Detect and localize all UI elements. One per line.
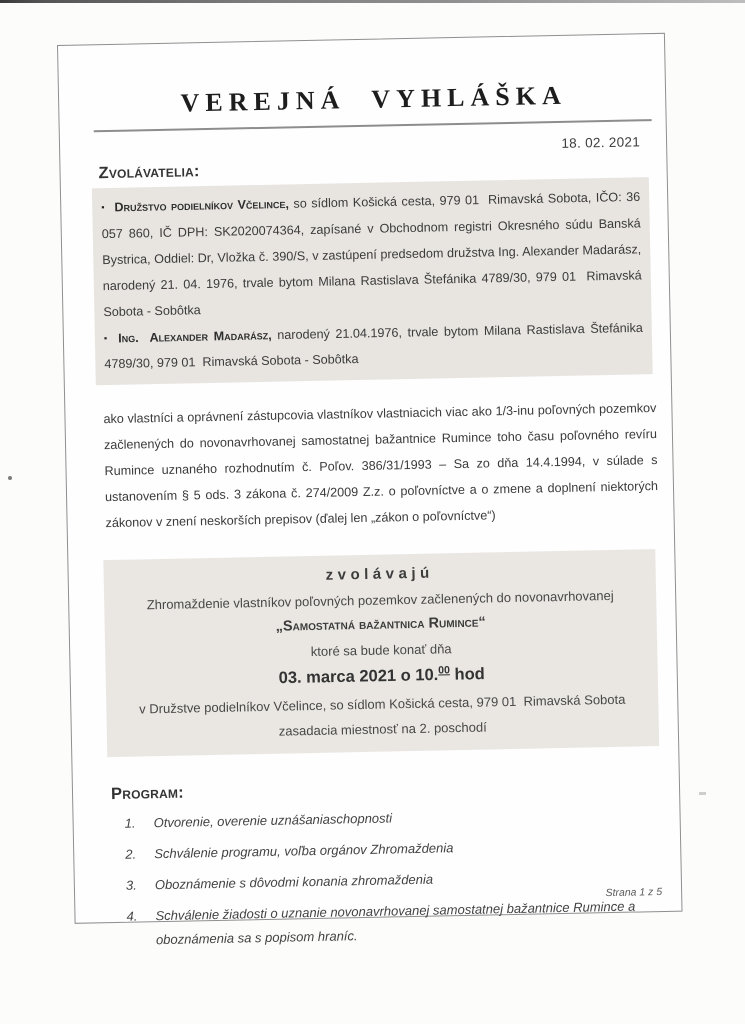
notice-box: zvolávajú Zhromaždenie vlastníkov poľovn… — [103, 549, 659, 757]
document-page: VEREJNÁ VYHLÁŠKA 18. 02. 2021 Zvolávatel… — [57, 33, 683, 924]
meeting-datetime: 03. marca 2021 o 10.00 hod — [132, 661, 632, 692]
intro-paragraph: ako vlastníci a oprávnení zástupcovia vl… — [103, 395, 658, 536]
program-item-number: 4. — [126, 904, 137, 928]
datetime-main: 03. marca 2021 o 10. — [278, 666, 438, 687]
title-divider — [94, 119, 652, 132]
datetime-unit: hod — [450, 665, 485, 684]
meeting-room: zasadacia miestnosť na 2. poschodí — [133, 716, 633, 741]
document-title: VEREJNÁ VYHLÁŠKA — [97, 80, 650, 119]
scanned-document: VEREJNÁ VYHLÁŠKA 18. 02. 2021 Zvolávatel… — [0, 0, 745, 1024]
pheasantry-name: „Samostatná bažantnica Rumince“ — [131, 612, 631, 638]
program-item: 4.Schválenie žiadosti o uznanie novonavr… — [113, 893, 667, 952]
scan-speck — [8, 476, 12, 480]
program-item-text: Otvorenie, overenie uznášaniaschopnosti — [153, 810, 392, 830]
page-number: Strana 1 z 5 — [605, 886, 662, 899]
datetime-minutes: 00 — [438, 664, 450, 676]
program-item-text: Oboznámenie s dôvodmi konania zhromažden… — [155, 871, 433, 892]
program-heading: Program: — [111, 773, 664, 803]
convener-details: narodený 21.04.1976, trvale bytom Milana… — [104, 320, 643, 371]
convener-entry: ▪Družstvo podielníkov Včelince, so sídlo… — [101, 183, 643, 324]
convening-verb: zvolávajú — [130, 561, 630, 588]
program-item-text: Schválenie žiadosti o uznanie novonavrho… — [155, 898, 635, 947]
scan-edge-artifact — [0, 0, 745, 3]
meeting-venue: v Družstve podielníkov Včelince, so sídl… — [132, 691, 632, 716]
document-date: 18. 02. 2021 — [561, 134, 640, 151]
convener-name: Ing. Alexander Madarász, — [118, 328, 272, 345]
program-item: 2.Schválenie programu, voľba orgánov Zhr… — [112, 831, 665, 866]
assembly-description: Zhromaždenie vlastníkov poľovných pozemk… — [130, 588, 630, 613]
program-item-number: 2. — [125, 842, 136, 866]
program-list: 1.Otvorenie, overenie uznášaniaschopnost… — [111, 800, 667, 952]
program-item-number: 3. — [126, 873, 137, 897]
convener-entry: ▪Ing. Alexander Madarász, narodený 21.04… — [104, 314, 644, 377]
date-intro-line: ktoré sa bude konať dňa — [131, 638, 631, 663]
conveners-block: ▪Družstvo podielníkov Včelince, so sídlo… — [92, 177, 653, 385]
program-item-text: Schválenie programu, voľba orgánov Zhrom… — [154, 840, 453, 861]
square-bullet-icon: ▪ — [104, 333, 110, 343]
convener-name: Družstvo podielníkov Včelince, — [114, 197, 289, 214]
program-item: 3.Oboznámenie s dôvodmi konania zhromažd… — [113, 862, 666, 897]
square-bullet-icon: ▪ — [101, 202, 105, 212]
scan-speck — [699, 792, 706, 795]
program-item: 1.Otvorenie, overenie uznášaniaschopnost… — [111, 800, 664, 835]
program-item-number: 1. — [124, 811, 135, 835]
